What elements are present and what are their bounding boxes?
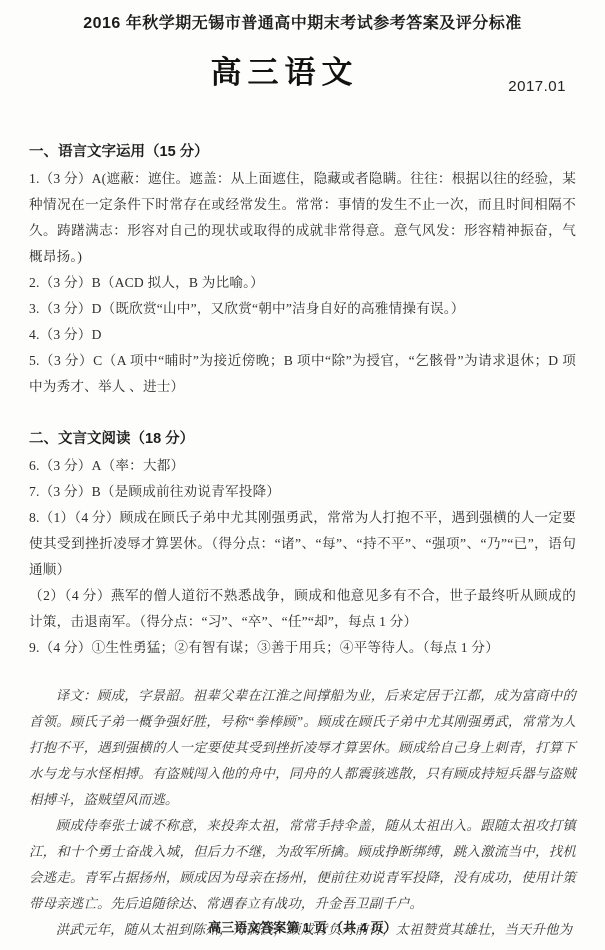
answer-item-9: 9.（4 分）①生性勇猛；②有智有谋；③善于用兵；④平等待人。（每点 1 分） <box>29 635 576 661</box>
section-heading-language-use: 一、语言文字运用（15 分） <box>29 139 576 165</box>
answer-item-3: 3.（3 分）D（既欣赏“山中”，又欣赏“朝中”洁身自好的高雅情操有误。） <box>29 296 576 322</box>
answer-item-2: 2.（3 分）B（ACD 拟人，B 为比喻。） <box>29 270 576 296</box>
exam-header-title: 2016 年秋学期无锡市普通高中期末考试参考答案及评分标准 <box>29 10 576 33</box>
exam-date: 2017.01 <box>508 78 566 95</box>
answer-item-7: 7.（3 分）B（是顾成前往劝说青军投降） <box>29 479 576 505</box>
translation-paragraph-2: 顾成侍奉张士诚不称意，来投奔太祖，常常手持伞盖，随从太祖出入。跟随太祖攻打镇江，… <box>29 813 576 917</box>
translation-paragraph-1: 译文：顾成，字景韶。祖辈父辈在江淮之间撑船为业，后来定居于江都，成为富商中的首领… <box>29 683 576 813</box>
page-footer: 高三语文答案第 1 页 （共 4 页） <box>0 917 605 936</box>
answer-item-8-1: 8.（1）（4 分）顾成在顾氏子弟中尤其刚强勇武，常常为人打抱不平，遇到强横的人… <box>29 505 576 583</box>
document-page: 2016 年秋学期无锡市普通高中期末考试参考答案及评分标准 高三语文 2017.… <box>0 0 605 950</box>
answer-item-5: 5.（3 分）C（A 项中“晡时”为接近傍晚；B 项中“除”为授官，“乞骸骨”为… <box>29 348 576 400</box>
page-title: 高三语文 <box>11 47 558 92</box>
answer-item-1: 1.（3 分）A(遮蔽：遮住。遮盖：从上面遮住，隐藏或者隐瞒。往往：根据以往的经… <box>29 166 576 270</box>
section-heading-classical-reading: 二、文言文阅读（18 分） <box>29 426 576 452</box>
section-classical-reading: 二、文言文阅读（18 分） 6.（3 分）A（率：大都） 7.（3 分）B（是顾… <box>29 426 576 661</box>
answer-item-4: 4.（3 分）D <box>29 322 576 348</box>
answer-item-6: 6.（3 分）A（率：大都） <box>29 453 576 479</box>
translation-block: 译文：顾成，字景韶。祖辈父辈在江淮之间撑船为业，后来定居于江都，成为富商中的首领… <box>29 683 576 943</box>
title-row: 高三语文 2017.01 <box>29 47 576 95</box>
answer-item-8-2: （2）（4 分）燕军的僧人道衍不熟悉战争，顾成和他意见多有不合，世子最终听从顾成… <box>29 583 576 635</box>
section-language-use: 一、语言文字运用（15 分） 1.（3 分）A(遮蔽：遮住。遮盖：从上面遮住，隐… <box>29 139 576 400</box>
